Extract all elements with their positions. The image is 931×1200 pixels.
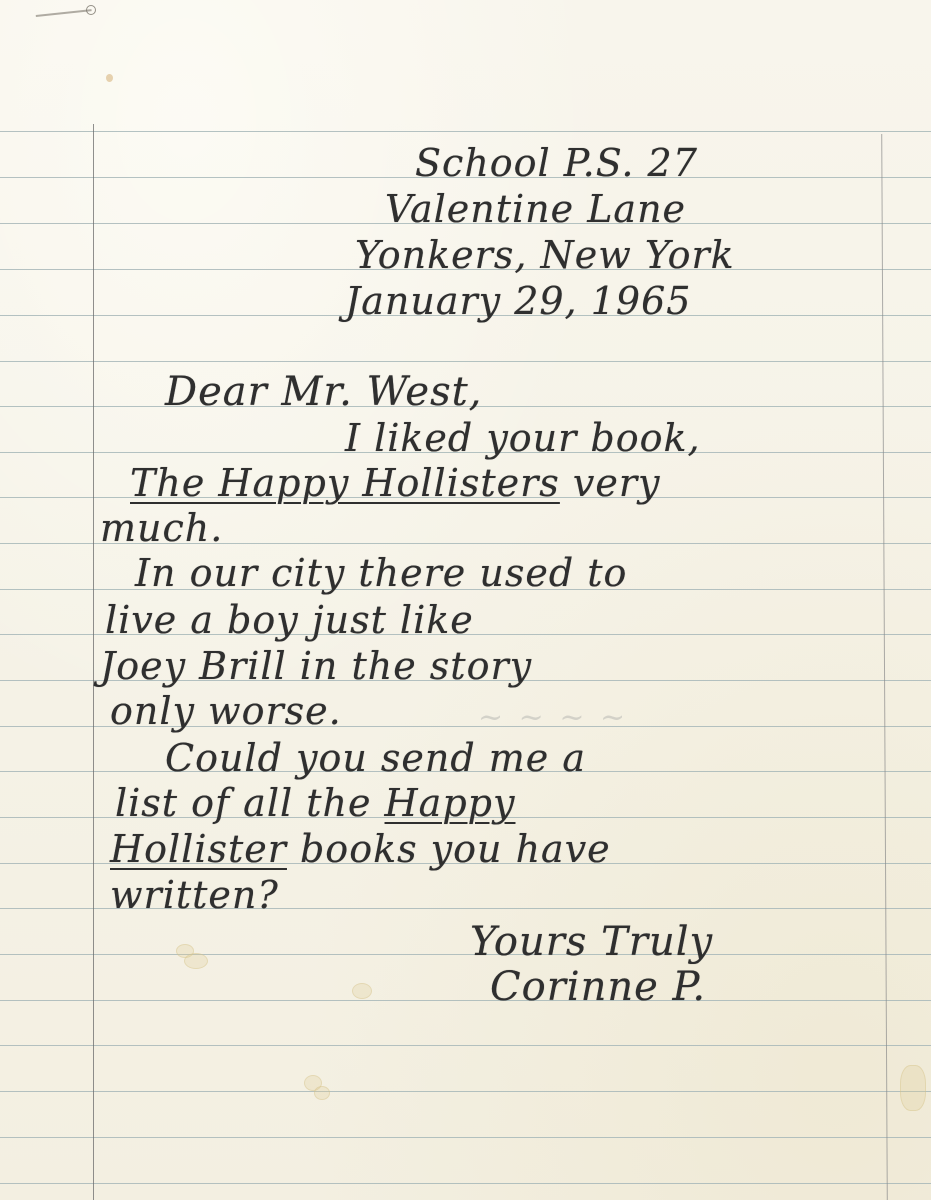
body-line: much. xyxy=(100,509,223,547)
stain-spot xyxy=(184,953,208,969)
heading-school: School P.S. 27 xyxy=(415,144,698,182)
rule-line xyxy=(0,1091,931,1092)
stain-spot xyxy=(106,74,113,82)
rule-line xyxy=(0,1183,931,1184)
heading-city: Yonkers, New York xyxy=(355,236,735,274)
body-line: In our city there used to xyxy=(135,554,627,592)
body-line: Joey Brill in the story xyxy=(100,647,532,685)
heading-street: Valentine Lane xyxy=(385,190,686,228)
body-line: I liked your book, xyxy=(345,419,701,457)
ring-mark xyxy=(86,5,96,15)
rule-line xyxy=(0,1045,931,1046)
signature: Corinne P. xyxy=(490,967,706,1007)
rule-line xyxy=(0,1000,931,1001)
salutation: Dear Mr. West, xyxy=(165,372,482,412)
series-title-part: Hollister xyxy=(110,827,287,871)
body-line: list of all the Happy xyxy=(115,784,515,822)
series-title-part: Happy xyxy=(385,781,516,825)
body-line: Hollister books you have xyxy=(110,830,611,868)
rule-line xyxy=(0,361,931,362)
body-line: written? xyxy=(110,876,279,914)
body-line-suffix: very xyxy=(560,461,661,505)
body-line-text: list of all the xyxy=(115,781,371,825)
left-margin-line xyxy=(93,124,94,1200)
stain-spot xyxy=(314,1086,330,1100)
stain-spot xyxy=(900,1065,926,1111)
erased-writing: ~ ~ ~ ~ xyxy=(478,700,628,735)
body-line: Could you send me a xyxy=(165,739,586,777)
rule-line xyxy=(0,954,931,955)
heading-date: January 29, 1965 xyxy=(345,282,691,320)
body-line: live a boy just like xyxy=(105,601,474,639)
book-title: The Happy Hollisters xyxy=(130,461,560,505)
rule-line xyxy=(0,1137,931,1138)
stain-spot xyxy=(352,983,372,999)
rule-line xyxy=(0,131,931,132)
body-line-suffix: books you have xyxy=(287,827,611,871)
body-line: The Happy Hollisters very xyxy=(130,464,660,502)
body-line: only worse. xyxy=(110,692,342,730)
closing: Yours Truly xyxy=(470,922,713,962)
